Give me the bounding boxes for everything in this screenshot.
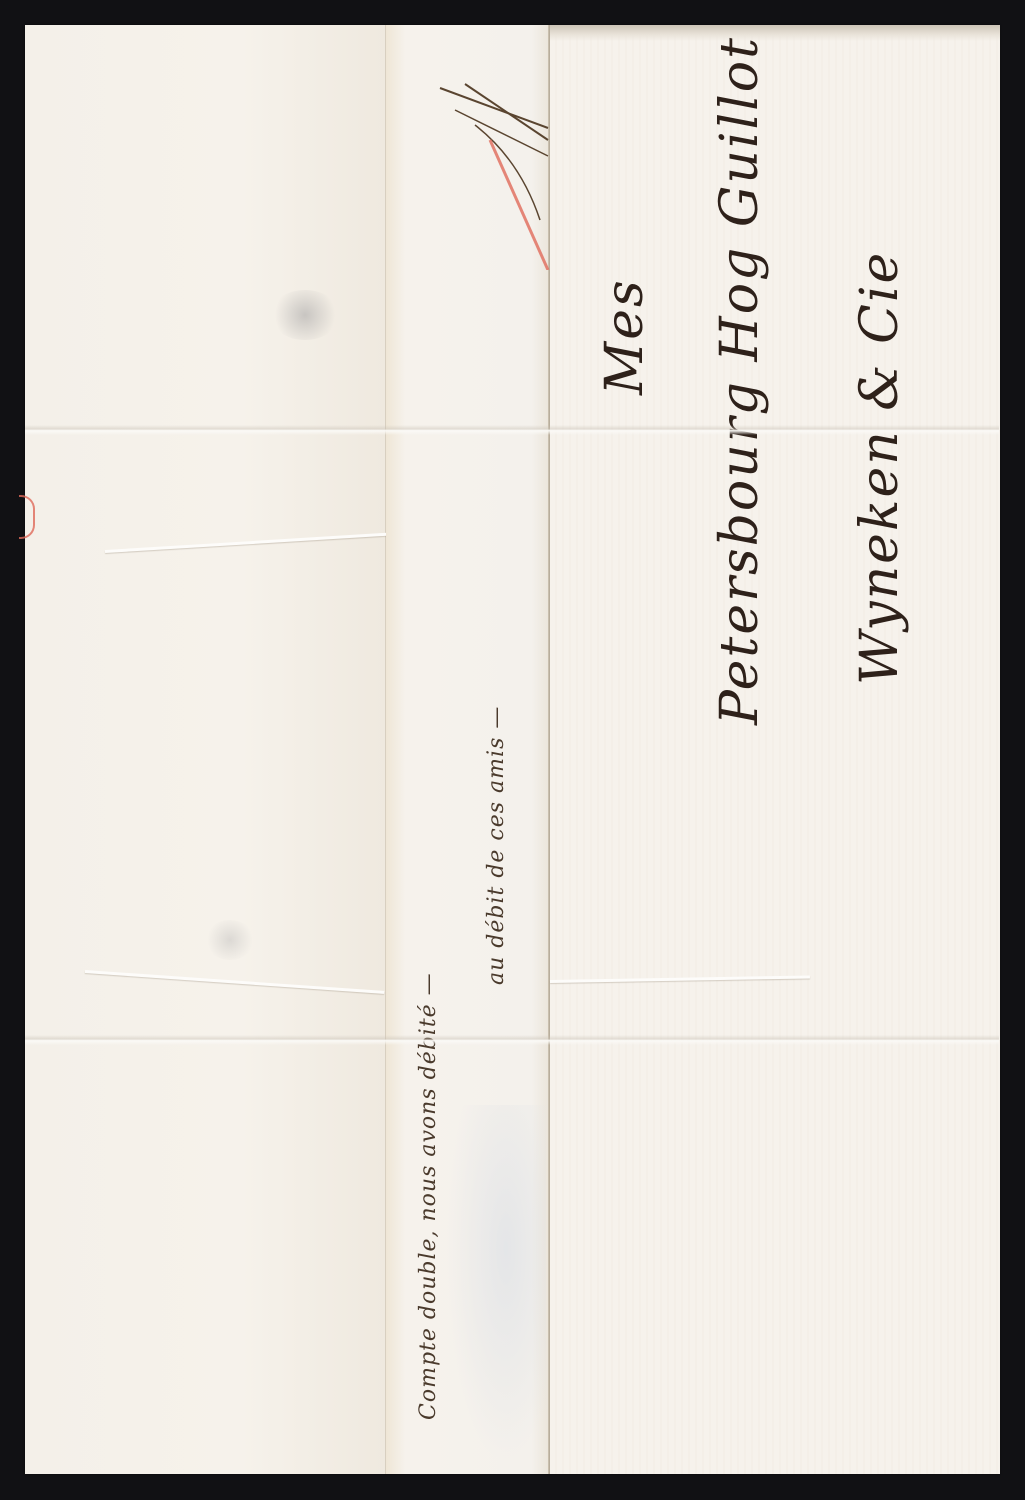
paper-crease bbox=[85, 970, 384, 994]
paper-shade bbox=[446, 1105, 546, 1465]
address-line3: Wyneken & Cie bbox=[850, 251, 910, 685]
middle-note-line1: au débit de ces amis — bbox=[484, 706, 509, 985]
address-line1: Mes bbox=[595, 278, 655, 395]
horizontal-fold bbox=[25, 1035, 999, 1045]
letter-sheet: au débit de ces amis — Compte double, no… bbox=[25, 25, 999, 1474]
horizontal-fold bbox=[25, 425, 999, 435]
ink-smudge bbox=[205, 920, 255, 960]
ink-smudge bbox=[270, 290, 340, 340]
address-panel: Mes Petersbourg Hog Guillot Wyneken & Ci… bbox=[549, 25, 1000, 1474]
address-line2: Petersbourg Hog Guillot bbox=[710, 36, 770, 725]
paper-crease bbox=[550, 975, 810, 983]
paper-top-edge bbox=[550, 25, 1000, 41]
pen-strike-marks bbox=[430, 80, 560, 270]
red-postal-mark bbox=[19, 495, 35, 539]
paper-crease bbox=[105, 532, 395, 553]
left-fold-panel bbox=[25, 25, 386, 1474]
